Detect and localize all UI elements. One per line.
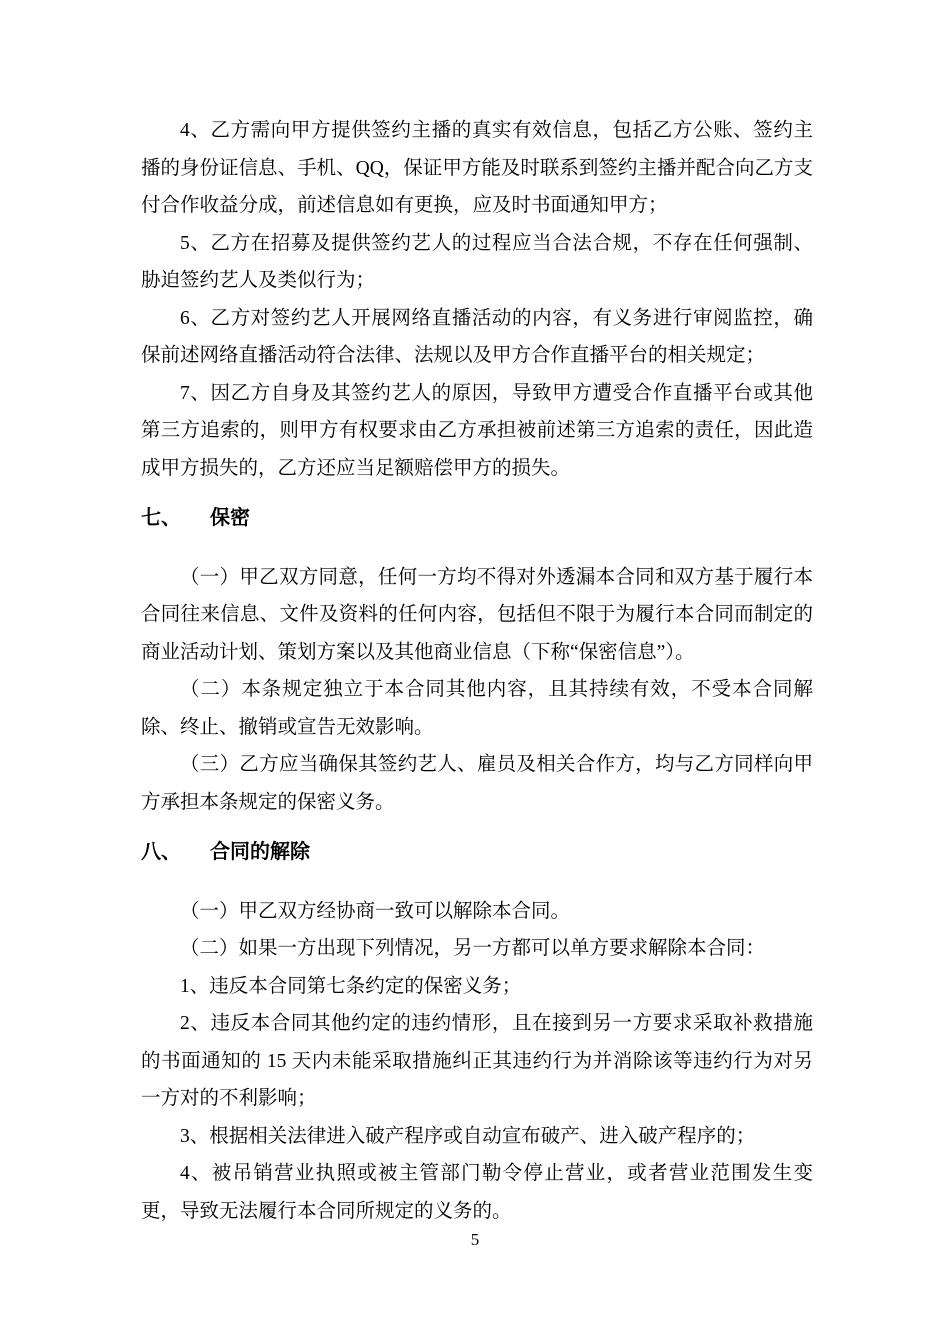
clause-paragraph-5: 5、乙方在招募及提供签约艺人的过程应当合法合规，不存在任何强制、胁迫签约艺人及类… <box>141 225 813 300</box>
page-number: 5 <box>0 1228 950 1252</box>
section-number: 七、 <box>141 507 181 529</box>
document-page: 4、乙方需向甲方提供签约主播的真实有效信息，包括乙方公账、签约主播的身份证信息、… <box>0 0 950 1344</box>
termination-item-2: （二）如果一方出现下列情况，另一方都可以单方要求解除本合同： <box>141 930 813 968</box>
clause-paragraph-7: 7、因乙方自身及其签约艺人的原因，导致甲方遭受合作直播平台或其他第三方追索的，则… <box>141 375 813 488</box>
section-title: 合同的解除 <box>210 841 310 863</box>
clause-paragraph-6: 6、乙方对签约艺人开展网络直播活动的内容，有义务进行审阅监控，确保前述网络直播活… <box>141 300 813 375</box>
document-content: 4、乙方需向甲方提供签约主播的真实有效信息，包括乙方公账、签约主播的身份证信息、… <box>141 112 813 1230</box>
confidentiality-item-3: （三）乙方应当确保其签约艺人、雇员及相关合作方，均与乙方同样向甲方承担本条规定的… <box>141 746 813 821</box>
section-title: 保密 <box>210 507 250 529</box>
section-heading-8-termination: 八、 合同的解除 <box>141 834 813 872</box>
termination-condition-2: 2、违反本合同其他约定的违约情形，且在接到另一方要求采取补救措施的书面通知的 1… <box>141 1005 813 1118</box>
section-number: 八、 <box>141 841 181 863</box>
termination-condition-4: 4、被吊销营业执照或被主管部门勒令停止营业，或者营业范围发生变更，导致无法履行本… <box>141 1155 813 1230</box>
termination-condition-1: 1、违反本合同第七条约定的保密义务； <box>141 968 813 1006</box>
termination-item-1: （一）甲乙双方经协商一致可以解除本合同。 <box>141 893 813 931</box>
confidentiality-item-2: （二）本条规定独立于本合同其他内容，且其持续有效，不受本合同解除、终止、撤销或宣… <box>141 671 813 746</box>
termination-condition-3: 3、根据相关法律进入破产程序或自动宣布破产、进入破产程序的； <box>141 1118 813 1156</box>
clause-paragraph-4: 4、乙方需向甲方提供签约主播的真实有效信息，包括乙方公账、签约主播的身份证信息、… <box>141 112 813 225</box>
confidentiality-item-1: （一）甲乙双方同意，任何一方均不得对外透漏本合同和双方基于履行本合同往来信息、文… <box>141 559 813 672</box>
section-heading-7-confidentiality: 七、 保密 <box>141 500 813 538</box>
